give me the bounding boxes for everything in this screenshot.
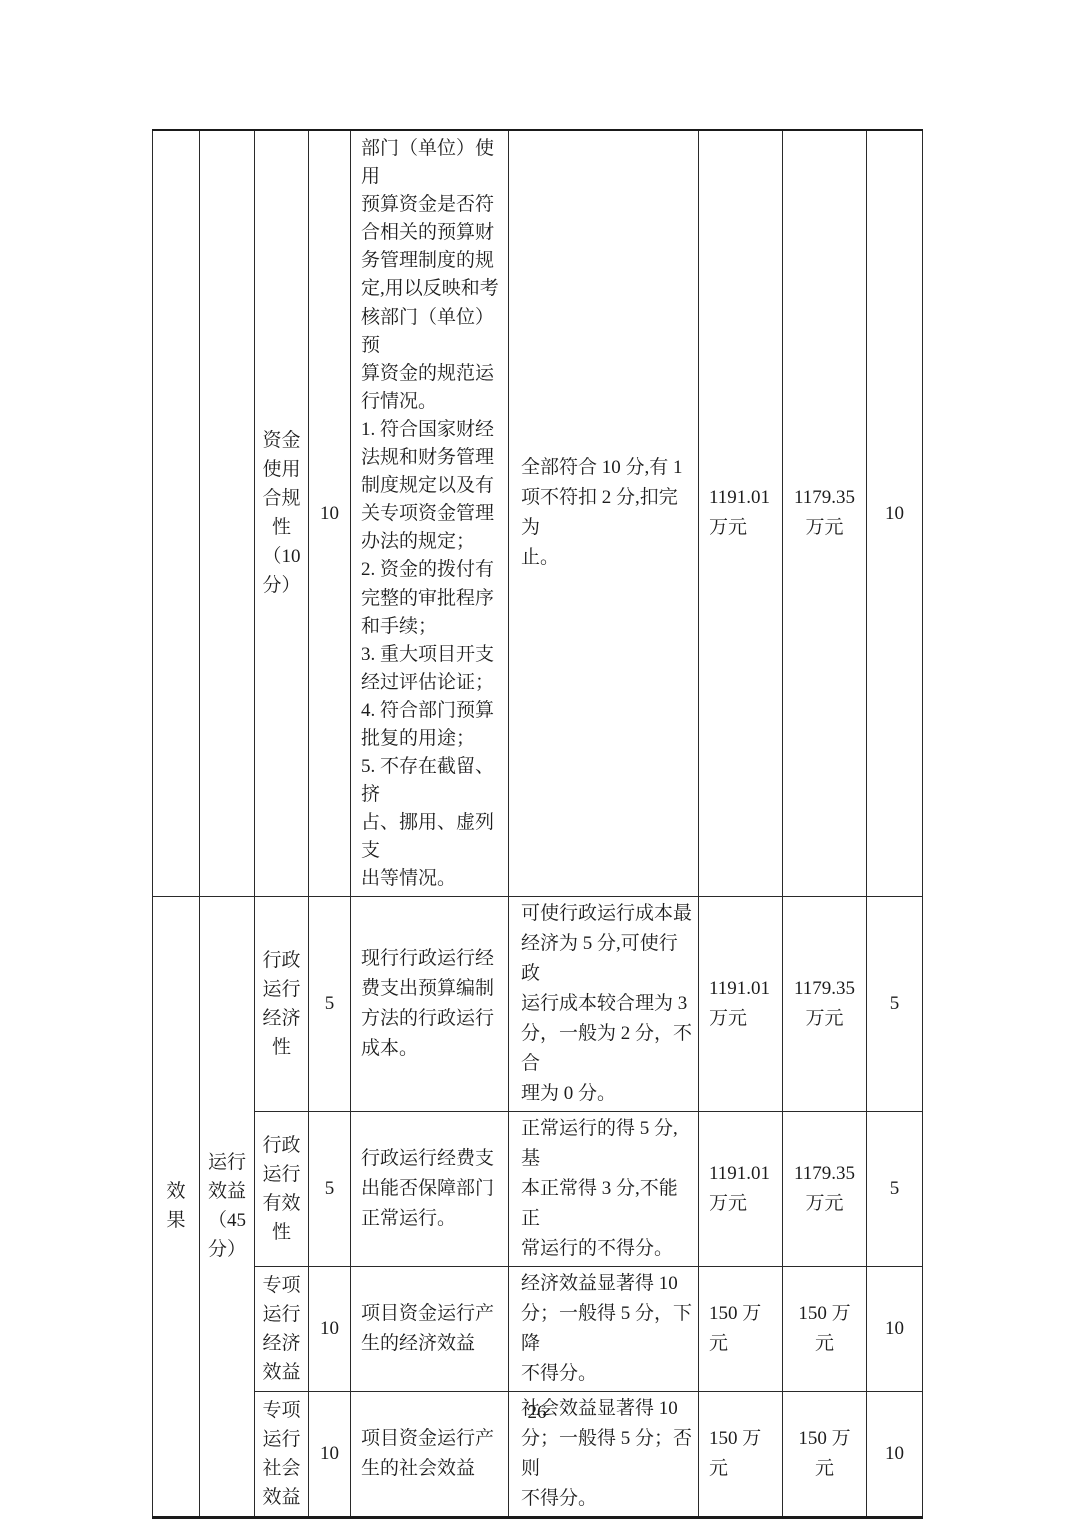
- score-cell: 10: [867, 130, 923, 896]
- criteria-cell: 可使行政运行成本最 经济为 5 分,可使行政 运行成本较合理为 3 分，一般为 …: [509, 896, 699, 1111]
- score-cell: 10: [867, 1266, 923, 1391]
- score-cell: 5: [867, 1111, 923, 1266]
- actual-cell: 1179.35 万元: [783, 130, 867, 896]
- weight-cell: 10: [309, 1266, 351, 1391]
- evaluation-table: 资金 使用 合规 性 （10 分） 10 部门（单位）使用 预算资金是否符 合相…: [152, 129, 923, 1519]
- budget-cell: 1191.01 万元: [699, 1111, 783, 1266]
- criteria-cell: 全部符合 10 分,有 1 项不符扣 2 分,扣完为 止。: [509, 130, 699, 896]
- description-cell: 行政运行经费支 出能否保障部门 正常运行。: [351, 1111, 509, 1266]
- budget-cell: 1191.01 万元: [699, 130, 783, 896]
- description-cell: 现行行政运行经 费支出预算编制 方法的行政运行 成本。: [351, 896, 509, 1111]
- criteria-cell: 正常运行的得 5 分,基 本正常得 3 分,不能正 常运行的不得分。: [509, 1111, 699, 1266]
- table-row: 效 果 运行 效益 （45 分） 行政 运行 经济 性 5 现行行政运行经 费支…: [153, 896, 923, 1111]
- table-row: 资金 使用 合规 性 （10 分） 10 部门（单位）使用 预算资金是否符 合相…: [153, 130, 923, 896]
- table-row: 专项 运行 经济 效益 10 项目资金运行产 生的经济效益 经济效益显著得 10…: [153, 1266, 923, 1391]
- description-cell: 项目资金运行产 生的经济效益: [351, 1266, 509, 1391]
- weight-cell: 5: [309, 1111, 351, 1266]
- weight-cell: 5: [309, 896, 351, 1111]
- weight-cell: 10: [309, 130, 351, 896]
- empty-cell: [153, 130, 200, 896]
- indicator-cell: 行政 运行 经济 性: [255, 896, 309, 1111]
- budget-cell: 1191.01 万元: [699, 896, 783, 1111]
- score-cell: 5: [867, 896, 923, 1111]
- table-row: 行政 运行 有效 性 5 行政运行经费支 出能否保障部门 正常运行。 正常运行的…: [153, 1111, 923, 1266]
- actual-cell: 1179.35 万元: [783, 896, 867, 1111]
- actual-cell: 1179.35 万元: [783, 1111, 867, 1266]
- indicator-cell: 行政 运行 有效 性: [255, 1111, 309, 1266]
- empty-cell: [200, 130, 255, 896]
- description-cell: 部门（单位）使用 预算资金是否符 合相关的预算财 务管理制度的规 定,用以反映和…: [351, 130, 509, 896]
- budget-cell: 150 万 元: [699, 1266, 783, 1391]
- page-number: 26: [0, 1402, 1074, 1424]
- criteria-cell: 经济效益显著得 10 分；一般得 5 分，下降 不得分。: [509, 1266, 699, 1391]
- indicator-cell: 专项 运行 经济 效益: [255, 1266, 309, 1391]
- indicator-cell: 资金 使用 合规 性 （10 分）: [255, 130, 309, 896]
- document-page: 资金 使用 合规 性 （10 分） 10 部门（单位）使用 预算资金是否符 合相…: [0, 0, 1074, 1520]
- actual-cell: 150 万 元: [783, 1266, 867, 1391]
